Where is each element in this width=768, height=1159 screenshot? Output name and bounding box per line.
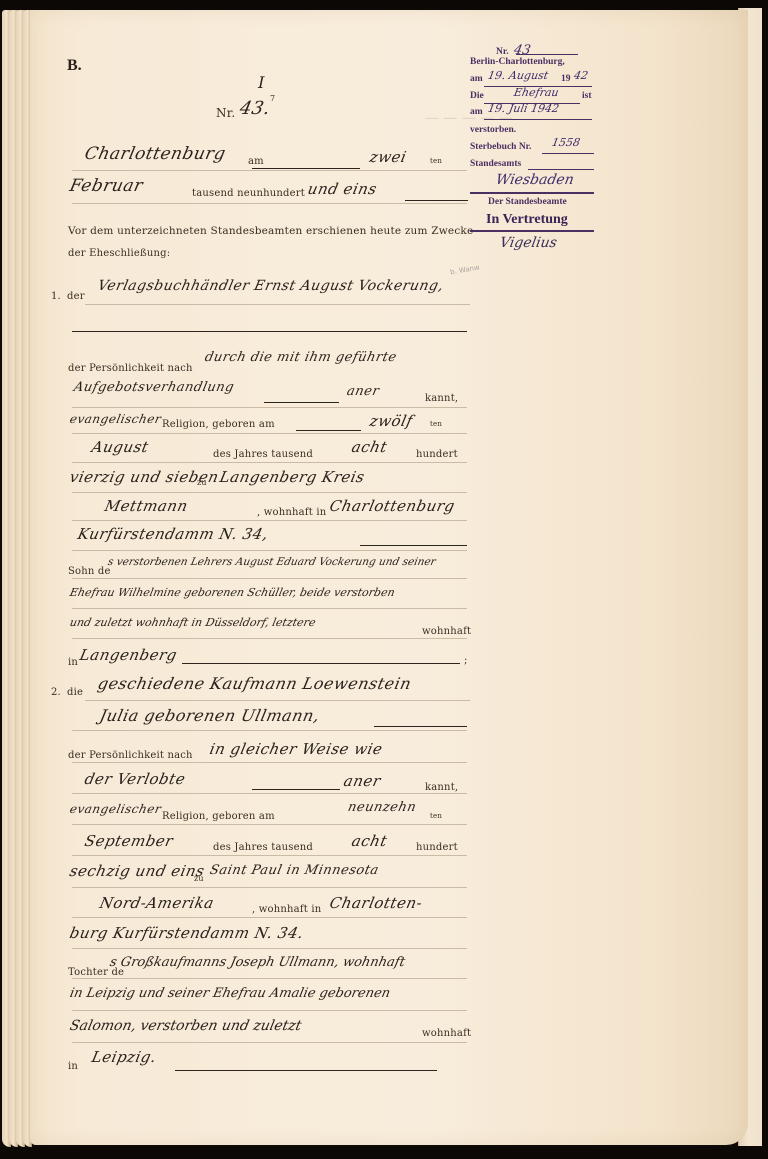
bride-address: burg Kurfürstendamm N. 34. (68, 924, 305, 942)
groom-number: 1. (51, 291, 61, 302)
stamp-am2-label: am (470, 107, 483, 117)
groom-in-label: in (68, 657, 78, 668)
register-book: — — — — — B. I Nr. 43. 7 Charlottenburg … (0, 0, 768, 1159)
groom-parents-hand-3: und zuletzt wohnhaft in Düsseldorf, letz… (69, 616, 317, 629)
stamp-year-print: 19 (561, 74, 571, 84)
stamp-die-label: Die (470, 91, 484, 101)
groom-hundert-label: hundert (416, 449, 458, 460)
bride-identity-label: der Persönlichkeit nach (68, 750, 193, 761)
bride-residence-label: , wohnhaft in (252, 904, 321, 915)
bride-birth-day: neunzehn (346, 800, 417, 815)
bride-zu-label: zu (194, 874, 204, 883)
groom-birth-place: Langenberg Kreis (218, 468, 366, 486)
groom-religion-label: Religion, geboren am (162, 419, 275, 430)
year-handwritten: und eins (306, 180, 379, 198)
bride-parents-hand-1: s Großkaufmanns Joseph Ullmann, wohnhaft (108, 955, 406, 970)
scan-border-top (0, 0, 768, 10)
marriage-day: zwei (368, 148, 408, 166)
bride-identity-hand-3: aner (342, 772, 382, 790)
groom-identity-hand-3: aner (345, 384, 380, 399)
bride-identity-hand-2: der Verlobte (83, 770, 187, 788)
groom-residence-label: , wohnhaft in (257, 507, 326, 518)
bride-birth-year-rest: sechzig und eins (68, 862, 206, 880)
bride-parents-hand-2: in Leipzig und seiner Ehefrau Amalie geb… (68, 986, 391, 1001)
groom-year-label: des Jahres tausend (213, 449, 313, 460)
stamp-nr-value: 43 (512, 43, 531, 58)
groom-birth-century: acht (350, 438, 389, 456)
bride-year-label: des Jahres tausend (213, 842, 313, 853)
entry-number: 43. (238, 98, 273, 119)
stamp-death-date: 19. Juli 1942 (487, 102, 560, 115)
groom-parents-hand-2: Ehefrau Wilhelmine geborenen Schüller, b… (69, 586, 396, 599)
stamp-official-label: Der Standesbeamte (488, 197, 567, 207)
stamp-office: Wiesbaden (495, 172, 575, 188)
bride-residence: Charlotten- (328, 894, 424, 912)
bride-parents-hand-3: Salomon, verstorben und zuletzt (68, 1018, 303, 1034)
groom-birth-place-2: Mettmann (103, 497, 190, 515)
section-letter: B. (67, 57, 82, 75)
preamble-line-2: der Eheschließung: (68, 248, 170, 259)
stamp-register-label: Sterbebuch Nr. (470, 142, 531, 152)
groom-parents-residence: Langenberg (78, 646, 179, 664)
groom-kannt-label: kannt, (425, 393, 458, 404)
groom-birth-day-suffix: ten (430, 420, 442, 428)
scan-border-bottom (0, 1147, 768, 1159)
stamp-subject: Ehefrau (513, 86, 560, 99)
stamp-year-hand: 42 (573, 69, 589, 82)
bride-parents-residence-label: wohnhaft (422, 1028, 471, 1039)
bride-birth-day-suffix: ten (430, 812, 442, 820)
bride-religion: evangelischer (69, 802, 163, 816)
preamble-line-1: Vor dem unterzeichneten Standesbeamten e… (68, 225, 473, 237)
bride-name-2: Julia geborenen Ullmann, (98, 706, 322, 725)
register-page: — — — — — B. I Nr. 43. 7 Charlottenburg … (30, 10, 748, 1145)
stamp-died-label: verstorben. (470, 125, 516, 135)
groom-birth-day: zwölf (368, 412, 414, 430)
groom-article: der (67, 291, 85, 302)
am-label: am (248, 156, 264, 167)
bride-birth-place-2: Nord-Amerika (98, 894, 216, 912)
groom-address: Kurfürstendamm N. 34, (76, 525, 270, 543)
bride-kannt-label: kannt, (425, 782, 458, 793)
register-mark: I (256, 73, 267, 92)
bride-in-label: in (68, 1061, 78, 1072)
marriage-place: Charlottenburg (83, 144, 228, 164)
groom-terminator: ; (464, 655, 468, 666)
year-printed: tausend neunhundert (192, 188, 305, 199)
bride-parents-residence: Leipzig. (90, 1048, 158, 1066)
bride-birth-place: Saint Paul in Minnesota (208, 863, 380, 878)
bride-article: die (67, 687, 83, 698)
entry-superscript: 7 (270, 94, 275, 103)
bride-identity-hand-1: in gleicher Weise wie (208, 740, 384, 758)
groom-identity-label: der Persönlichkeit nach (68, 363, 193, 374)
entry-label: Nr. (216, 106, 235, 120)
stamp-ist-label: ist (582, 91, 592, 101)
pencil-note: b. Wanw (450, 263, 481, 276)
bride-hundert-label: hundert (416, 842, 458, 853)
groom-zu-label: zu (197, 478, 207, 487)
bride-religion-label: Religion, geboren am (162, 811, 275, 822)
bride-birth-month: September (83, 832, 175, 850)
stamp-am-label: am (470, 74, 483, 84)
bride-number: 2. (51, 687, 61, 698)
groom-identity-hand-1: durch die mit ihm geführte (203, 350, 398, 365)
groom-residence: Charlottenburg (328, 497, 457, 515)
groom-occupation-name: Verlagsbuchhändler Ernst August Vockerun… (96, 278, 445, 294)
stamp-register-value: 1558 (551, 136, 581, 149)
groom-parents-label: Sohn de (68, 566, 111, 577)
stamp-nr-label: Nr. (496, 47, 509, 57)
bride-birth-century: acht (350, 832, 389, 850)
stamp-deputy-label: In Vertretung (486, 212, 568, 228)
bride-occupation-name: geschiedene Kaufmann Loewenstein (96, 674, 413, 693)
groom-identity-hand-2: Aufgebotsverhandlung (72, 380, 235, 395)
groom-parents-hand-1: s verstorbenen Lehrers August Eduard Voc… (107, 556, 437, 568)
stamp-date: 19. August (487, 69, 550, 82)
scan-border-right (762, 0, 768, 1159)
day-suffix: ten (430, 157, 442, 165)
marriage-month: Februar (68, 176, 145, 196)
death-notation-stamp: Nr. 43 Berlin-Charlottenburg, am 19. Aug… (466, 32, 636, 262)
stamp-signature: Vigelius (499, 235, 559, 251)
groom-birth-month: August (90, 438, 150, 456)
groom-religion: evangelischer (69, 412, 163, 426)
stamp-city: Berlin-Charlottenburg, (470, 57, 565, 67)
stamp-office-label: Standesamts (470, 159, 521, 169)
groom-parents-residence-label: wohnhaft (422, 626, 471, 637)
